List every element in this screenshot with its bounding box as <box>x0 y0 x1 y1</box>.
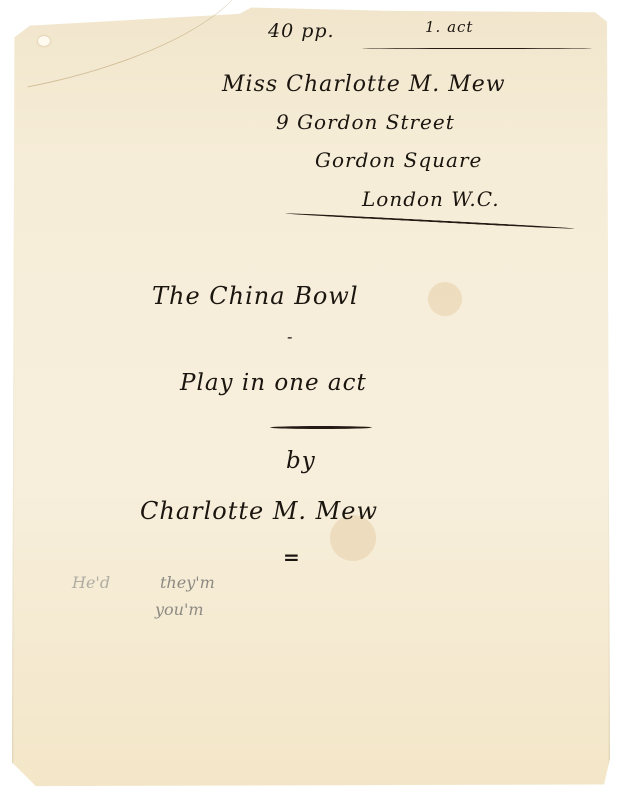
title-connector: - <box>287 327 293 346</box>
top-underline <box>362 48 592 49</box>
address-name: Miss Charlotte M. Mew <box>222 72 506 97</box>
author-name: Charlotte M. Mew <box>140 497 378 525</box>
subtitle-underline <box>270 426 372 429</box>
pencil-note-2: you'm <box>155 600 204 619</box>
address-line-1: 9 Gordon Street <box>276 110 455 134</box>
pencil-note-1: they'm <box>160 573 215 592</box>
byline: by <box>286 448 316 474</box>
act-note: 1. act <box>425 18 473 36</box>
pencil-note-left: He'd <box>72 573 110 592</box>
play-subtitle: Play in one act <box>180 370 367 396</box>
end-mark: = <box>283 545 301 569</box>
page-count-note: 40 pp. <box>268 20 335 42</box>
address-line-3: London W.C. <box>362 187 500 211</box>
play-title: The China Bowl <box>152 282 359 310</box>
punch-hole <box>38 36 50 46</box>
stain <box>428 282 462 316</box>
address-line-2: Gordon Square <box>315 148 482 172</box>
